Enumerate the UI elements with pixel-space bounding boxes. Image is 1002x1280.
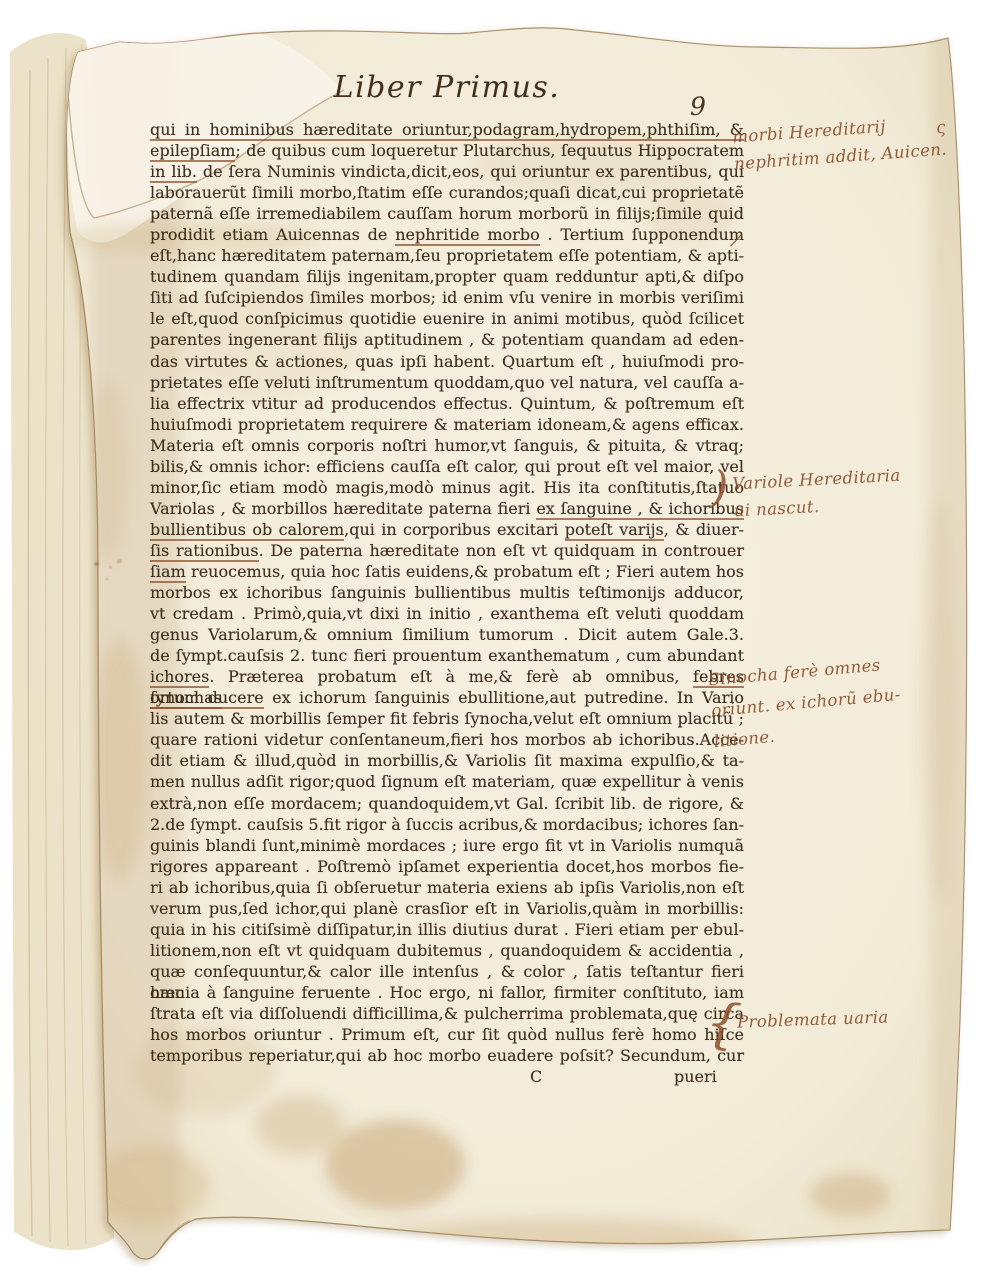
text-line: in lib. de ſera Numinis vindicta,dicit,e… xyxy=(150,161,744,182)
text-line: bullientibus ob calorem,qui in corporibu… xyxy=(150,519,744,540)
text-line: Variolas , & morbillos hæreditate patern… xyxy=(150,498,744,519)
text-line: ſis rationibus. De paterna hæreditate no… xyxy=(150,540,744,561)
text-line: extrà,non eſſe mordacem; quandoquidem,vt… xyxy=(150,793,744,814)
running-title: Liber Primus. xyxy=(150,70,744,105)
signature-mark: C xyxy=(530,1066,542,1087)
text-line: genus Variolarum,& omnium ſimilium tumor… xyxy=(150,624,744,645)
text-line: ſtrata eſt via diſſoluendi difficillima,… xyxy=(150,1003,744,1024)
text-line: men nullus adſit rigor;quod ſignum eſt m… xyxy=(150,771,744,792)
text-line: morbos ex ichoribus ſanguinis bullientib… xyxy=(150,582,744,603)
text-line: le eſt,quod conſpicimus quotidie euenire… xyxy=(150,308,744,329)
signature-line: C pueri xyxy=(150,1066,744,1087)
text-line: quia in his citiſsimè diſſipatur,in illi… xyxy=(150,919,744,940)
text-line: eſt,hanc hæreditatem paternam,ſeu propri… xyxy=(150,245,744,266)
body-text: qui in hominibus hæreditate oriuntur,pod… xyxy=(150,119,744,1087)
text-line: 2.de ſympt. cauſsis 5.fit rigor à ſuccis… xyxy=(150,814,744,835)
text-line: ichores. Præterea probatum eſt à me,& fe… xyxy=(150,666,744,687)
text-line: verum pus,ſed ichor,qui planè crasſior e… xyxy=(150,898,744,919)
book-photograph: Liber Primus. 9 qui in hominibus hæredit… xyxy=(0,0,1002,1280)
text-line: vt credam . Primò,quia,vt dixi in initio… xyxy=(150,603,744,624)
text-line: minor,ſic etiam modò magis,modò minus ag… xyxy=(150,477,744,498)
margin-note-problemata: Problemata uaria xyxy=(737,1003,889,1035)
text-line: guinis blandi ſunt,minimè mordaces ; iur… xyxy=(150,835,744,856)
margin-brace-paren: ) xyxy=(710,462,729,514)
text-line: lia effectrix vtitur ad producendos effe… xyxy=(150,393,744,414)
text-line: litionem,non eſt vt quidquam dubitemus ,… xyxy=(150,940,744,961)
body-text-lines: qui in hominibus hæreditate oriuntur,pod… xyxy=(150,119,744,1066)
text-line: omnia à ſanguine feruente . Hoc ergo, ni… xyxy=(150,982,744,1003)
text-line: paternã eſſe irremediabilem cauſſam horu… xyxy=(150,203,744,224)
text-line: huiuſmodi proprietatem requirere & mater… xyxy=(150,414,744,435)
text-line: epilepſiam; de quibus cum loqueretur Plu… xyxy=(150,140,744,161)
text-line: das virtutes & actiones, quas ipſi haben… xyxy=(150,351,744,372)
text-line: ortum ducere ex ichorum ſanguinis ebulli… xyxy=(150,687,744,708)
text-line: parentes ingenerant filijs aptitudinem ,… xyxy=(150,329,744,350)
text-line: ſiam reuocemus, quia hoc ſatis euidens,&… xyxy=(150,561,744,582)
margin-note-variole-hereditaria: Variole Hereditaria ui nascut. xyxy=(732,462,903,525)
text-line: bilis,& omnis ichor: efficiens cauſſa eſ… xyxy=(150,456,744,477)
text-line: rigores appareant . Poſtremò ipſamet exp… xyxy=(150,856,744,877)
text-line: ſiti ad ſuſcipiendos ſimiles morbos; id … xyxy=(150,287,744,308)
catchword: pueri xyxy=(674,1066,717,1087)
text-line: lis autem & morbillis ſemper fit febris … xyxy=(150,708,744,729)
text-line: laborauerũt ſimili morbo,ſtatim eſſe cur… xyxy=(150,182,744,203)
text-line: prietates eſſe veluti inſtrumentum quodd… xyxy=(150,372,744,393)
text-line: Materia eſt omnis corporis noſtri humor,… xyxy=(150,435,744,456)
text-line: temporibus reperiatur,qui ab hoc morbo e… xyxy=(150,1045,744,1066)
text-line: tudinem quandam filijs ingenitam,propter… xyxy=(150,266,744,287)
text-line: prodidit etiam Auicennas de nephritide m… xyxy=(150,224,744,245)
text-line: de ſympt.cauſsis 2. tunc fieri prouentum… xyxy=(150,645,744,666)
text-line: quæ conſequuntur,& calor ille intenſus ,… xyxy=(150,961,744,982)
text-line: qui in hominibus hæreditate oriuntur,pod… xyxy=(150,119,744,140)
text-line: dit etiam & illud,quòd in morbillis,& Va… xyxy=(150,750,744,771)
text-line: ri ab ichoribus,quia ſi obſeruetur mater… xyxy=(150,877,744,898)
text-line: quare rationi videtur conſentaneum,fieri… xyxy=(150,729,744,750)
text-line: hos morbos oriuntur . Primum eſt, cur ſi… xyxy=(150,1024,744,1045)
page-number: 9 xyxy=(690,92,706,121)
margin-note-line: Problemata uaria xyxy=(737,1003,889,1035)
margin-note-sinocha: Sinocha ferè omnes oriunt. ex ichorũ ebu… xyxy=(707,648,904,757)
